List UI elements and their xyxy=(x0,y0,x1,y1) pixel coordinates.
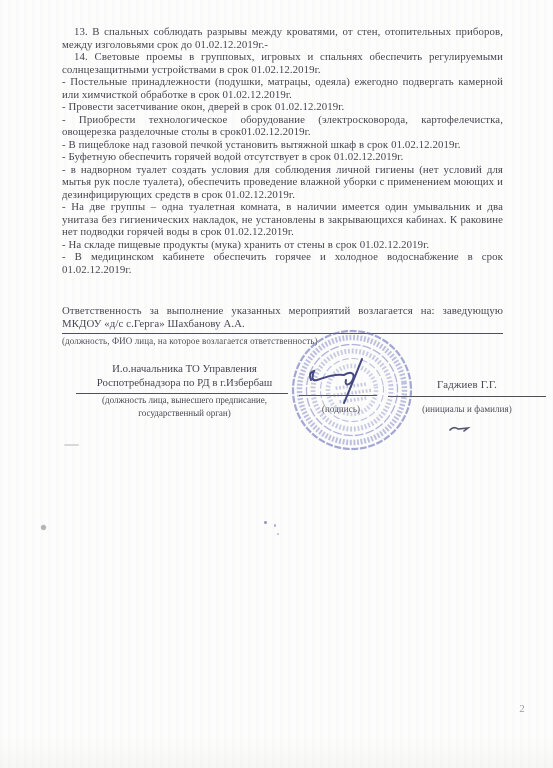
signer-position-caption2: государственный орган) xyxy=(62,407,307,420)
document-page: 13. В спальных соблюдать разрывы между к… xyxy=(0,0,553,768)
scan-smudge xyxy=(64,444,79,446)
order-item: - Буфетную обеспечить горячей водой отсу… xyxy=(62,151,503,164)
order-item: - На складе пищевые продукты (мука) хран… xyxy=(62,239,503,252)
order-item: - Приобрести технологическое оборудовани… xyxy=(62,114,503,139)
ink-speck xyxy=(274,524,276,527)
order-item: 14. Световые проемы в групповых, игровых… xyxy=(62,51,503,76)
order-item: - Провести засетчивание окон, дверей в с… xyxy=(62,101,503,114)
order-item: - в надворном туалет создать условия для… xyxy=(62,164,503,202)
responsibility-underline xyxy=(62,333,503,334)
responsibility-text: Ответственность за выполнение указанных … xyxy=(62,305,503,331)
signer-position-line1: И.о.начальника ТО Управления xyxy=(62,362,307,376)
page-number: 2 xyxy=(512,703,532,715)
responsibility-clause: Ответственность за выполнение указанных … xyxy=(62,305,503,331)
signer-position-line2: Роспотребнадзора по РД в г.Избербаш xyxy=(62,376,307,390)
signature xyxy=(306,356,378,406)
handwritten-tick xyxy=(448,424,474,434)
signer-position-caption1: (должность лица, вынесшего предписание, xyxy=(62,394,307,407)
order-item: - На две группы – одна туалетная комната… xyxy=(62,201,503,239)
order-item: - Постельные принадлежности (подушки, ма… xyxy=(62,76,503,101)
ink-speck xyxy=(277,533,279,535)
scan-speck xyxy=(41,525,46,530)
order-item: - В пищеблоке над газовой печкой установ… xyxy=(62,139,503,152)
signer-position-block: И.о.начальника ТО Управления Роспотребна… xyxy=(62,362,307,419)
ink-speck xyxy=(264,521,267,524)
prescription-items: 13. В спальных соблюдать разрывы между к… xyxy=(62,26,503,276)
position-underline xyxy=(76,393,288,394)
order-item: 13. В спальных соблюдать разрывы между к… xyxy=(62,26,503,51)
order-item: - В медицинском кабинете обеспечить горя… xyxy=(62,251,503,276)
